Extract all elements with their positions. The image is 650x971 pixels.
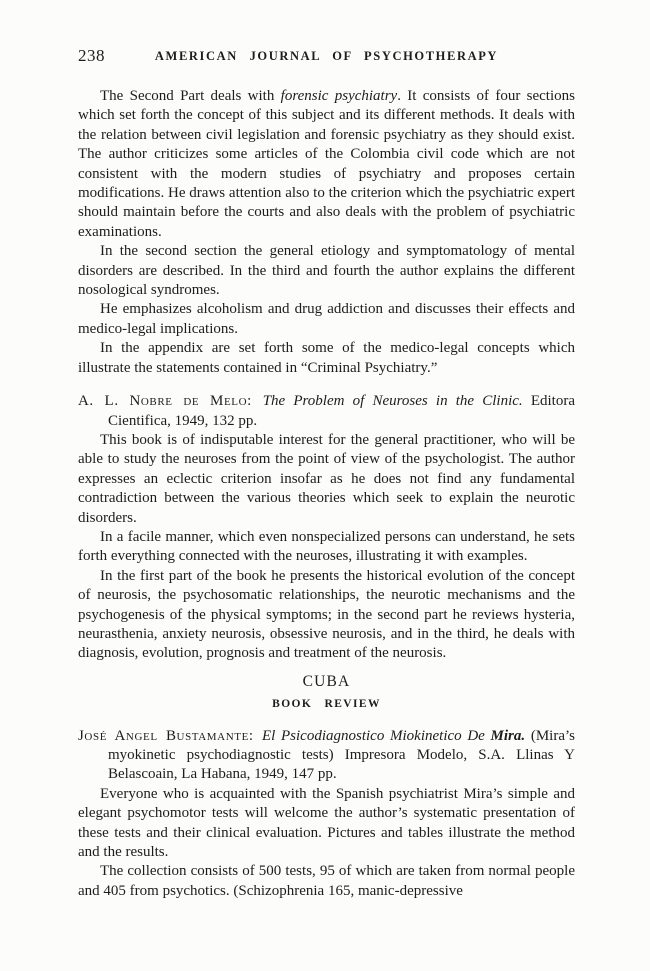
melo-review-paragraph-3: In the first part of the book he present… (78, 567, 575, 664)
colombia-review-paragraph-4: In the appendix are set forth some of th… (78, 339, 575, 378)
book-title: The Problem of Neuroses in the Clinic. (263, 393, 531, 409)
section-heading-cuba: CUBA (78, 672, 575, 691)
book-citation-bustamante: José Angel Bustamante: El Psicodiagnosti… (78, 727, 575, 785)
page-body: The Second Part deals with forensic psyc… (78, 87, 575, 901)
book-title: El Psicodiagnostico Miokinetico De (262, 728, 491, 744)
colombia-review-paragraph-2: In the second section the general etiolo… (78, 242, 575, 300)
italic-phrase-forensic-psychiatry: forensic psychiatry (281, 88, 398, 104)
book-citation-melo: A. L. Nobre de Melo: The Problem of Neur… (78, 392, 575, 431)
page-number: 238 (78, 46, 105, 66)
melo-review-paragraph-2: In a facile manner, which even nonspecia… (78, 528, 575, 567)
author-name: José Angel Bustamante: (78, 728, 262, 744)
author-name: A. L. Nobre de Melo: (78, 393, 263, 409)
journal-page: 238 AMERICAN JOURNAL OF PSYCHOTHERAPY Th… (0, 0, 650, 971)
paragraph-text: The Second Part deals with (100, 88, 281, 104)
journal-title: AMERICAN JOURNAL OF PSYCHOTHERAPY (78, 46, 575, 64)
book-title-emphasis: Mira. (491, 728, 531, 744)
colombia-review-paragraph-3: He emphasizes alcoholism and drug addict… (78, 300, 575, 339)
paragraph-text: . It consists of four sections which set… (78, 88, 575, 240)
colombia-review-paragraph-1: The Second Part deals with forensic psyc… (78, 87, 575, 242)
melo-review-paragraph-1: This book is of indisputable interest fo… (78, 431, 575, 528)
bustamante-review-paragraph-1: Everyone who is acquainted with the Span… (78, 785, 575, 863)
running-head: 238 AMERICAN JOURNAL OF PSYCHOTHERAPY (78, 46, 575, 64)
bustamante-review-paragraph-2: The collection consists of 500 tests, 95… (78, 862, 575, 901)
section-subheading-book-review: BOOK REVIEW (78, 695, 575, 714)
